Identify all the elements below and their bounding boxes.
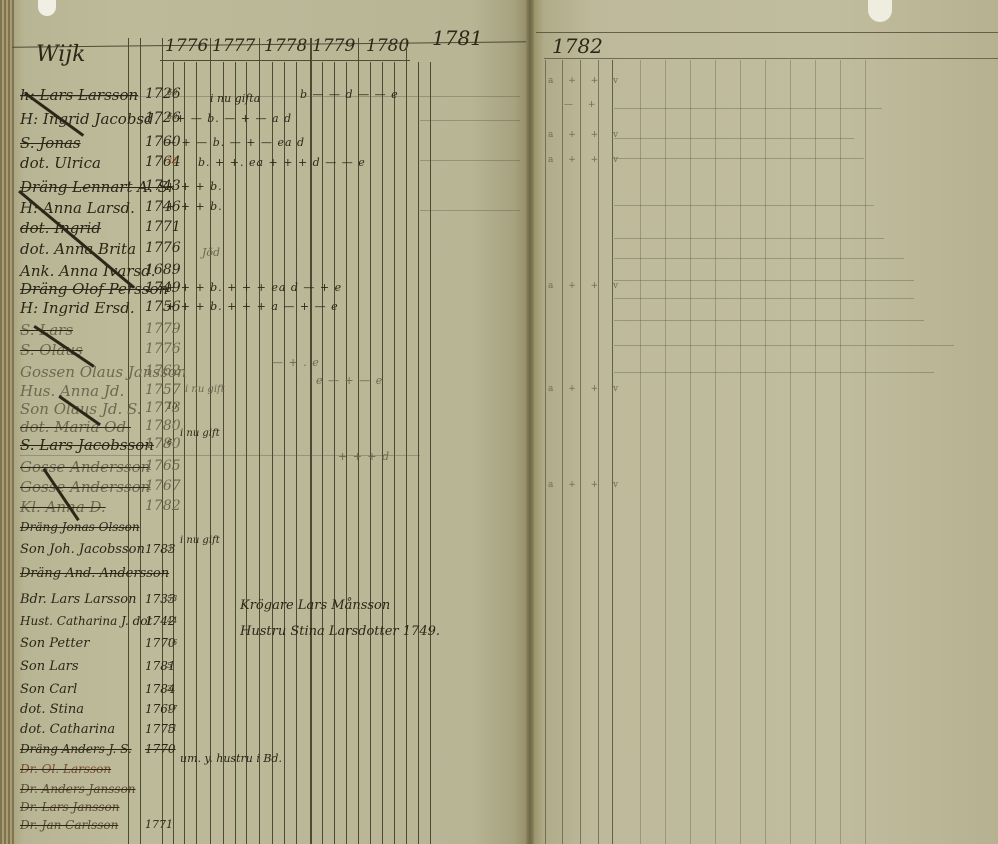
page-heading: Wijk — [36, 42, 85, 67]
birth-year: 1780 — [145, 418, 181, 434]
pencil-mark: a + + v — [548, 130, 624, 140]
register-spread: Wijk 1776 1777 1778 1779 1780 1781 — [0, 0, 998, 844]
pencil-mark: a + + v — [548, 480, 624, 490]
right-page: 1782 a + + v — + a + + v a + + v a + + v… — [530, 0, 998, 844]
entry-name: S. Lars Jacobsson — [20, 436, 154, 454]
age: 60 — [167, 88, 177, 97]
year-subheader-rule — [160, 60, 410, 61]
entry-name: S. Jonas — [20, 134, 81, 152]
examination-marks: + + + b. + + + ea d — + e — [166, 281, 342, 294]
entry-name: Dräng Jonas Olsson — [20, 520, 140, 534]
entry-name: Son Joh. Jacobsson — [20, 542, 145, 557]
birth-year: 1767 — [145, 478, 181, 494]
entry-name: dot. Catharina — [20, 722, 115, 737]
birth-year: 1689 — [145, 262, 181, 278]
marginal-note: i nu gift — [185, 384, 225, 395]
entry-name: dot. Ulrica — [20, 154, 101, 172]
entry-name: Son Carl — [20, 682, 77, 697]
age: 10 — [167, 402, 177, 411]
age: 11 — [167, 724, 177, 733]
examination-marks: e — + — e — [316, 374, 383, 387]
page-edge — [0, 0, 14, 844]
year-header-1779: 1779 — [312, 36, 355, 56]
marginal-note: i nu gift — [180, 535, 220, 546]
entry-name: Ank. Anna Ivarsd. — [20, 262, 156, 280]
pencil-mark: a + + v — [548, 281, 624, 291]
birth-year: 1782 — [145, 498, 181, 514]
paper-tab — [38, 0, 56, 16]
pencil-mark: — + — [564, 100, 601, 110]
birth-year: 1770 — [145, 742, 176, 756]
year-header-1777: 1777 — [212, 36, 255, 56]
entry-name: Gosse Andersson — [20, 478, 150, 496]
age: 3 — [167, 544, 172, 553]
year-header-1776: 1776 — [165, 36, 208, 56]
year-header-1780: 1780 — [366, 36, 409, 56]
paper-tab — [868, 0, 892, 22]
year-header-1781: 1781 — [432, 26, 483, 50]
pencil-mark: a + + v — [548, 384, 624, 394]
examination-marks: + + + b. — [166, 180, 223, 193]
entry-name: Dr. Lars Jansson — [20, 800, 119, 814]
age: 3 — [167, 684, 172, 693]
entry-name: dot. Maria Od. — [20, 418, 131, 436]
entry-name: Dr. Ol. Larsson — [20, 762, 111, 776]
entry-name: Son Lars — [20, 659, 79, 674]
marginal-note: Hustru Stina Larsdotter 1749. — [240, 624, 440, 639]
marginal-note: i nu gifta — [210, 92, 260, 105]
birth-year: 1757 — [145, 382, 181, 398]
birth-year: 1780 — [145, 436, 181, 452]
year-header-1778: 1778 — [264, 36, 307, 56]
entry-name: Hus. Anna Jd. — [20, 382, 124, 400]
entry-name: Dr. Anders Jansson — [20, 782, 136, 796]
marginal-note: um. y. hustru i Bd. — [180, 752, 282, 765]
birth-year: 1762 — [145, 363, 181, 379]
entry-name: Son Petter — [20, 636, 89, 651]
age: 53 — [167, 594, 177, 603]
entry-name: H: Ingrid Ersd. — [20, 299, 135, 317]
book-gutter — [526, 0, 534, 844]
header-rule — [536, 32, 998, 33]
age: 17 — [167, 704, 177, 713]
birth-year: 1771 — [145, 219, 181, 235]
marginal-note: i nu gift — [180, 428, 220, 439]
age: 16 — [167, 638, 177, 647]
marginal-note: Jöd — [202, 246, 220, 259]
examination-marks: b. + +. ea + + + d — — e — [198, 156, 366, 169]
examination-marks: b — — d — — e — [300, 88, 399, 101]
entry-name: Bdr. Lars Larsson — [20, 592, 136, 607]
header-rule — [544, 58, 998, 59]
birth-year: 1776 — [145, 341, 181, 357]
entry-name: Dr. Jan Carlsson — [20, 818, 118, 832]
age: 22 — [167, 156, 177, 165]
pencil-mark: a + + v — [548, 155, 624, 165]
entry-name: Dräng Anders J. S. — [20, 742, 132, 756]
birth-year: 1776 — [145, 240, 181, 256]
left-page: Wijk 1776 1777 1778 1779 1780 1781 — [0, 0, 530, 844]
examination-marks: + + + d — [338, 450, 390, 463]
pencil-mark: a + + v — [548, 76, 624, 86]
entry-name: Hust. Catharina J. dot. — [20, 614, 156, 628]
examination-marks: + + + b. + + + a — + — e — [166, 300, 339, 313]
examination-marks: — + . e — [272, 356, 320, 369]
year-header-1782: 1782 — [552, 34, 603, 58]
examination-marks: + + + b. — [166, 200, 223, 213]
entry-name: dot. Stina — [20, 702, 84, 717]
examination-marks: — + — b. — + — ea d — [165, 136, 305, 149]
age: 44 — [167, 616, 177, 625]
entry-name: H: Ingrid Jacobsd. — [20, 110, 159, 128]
examination-marks: + — b. — + — a d — [176, 112, 292, 125]
entry-name: Gosse Andersson — [20, 458, 150, 476]
birth-year: 1779 — [145, 321, 181, 337]
entry-name: Dräng And. Andersson — [20, 566, 169, 581]
age: 5 — [167, 661, 172, 670]
birth-year: 1771 — [145, 818, 173, 831]
birth-year: 1765 — [145, 458, 181, 474]
marginal-note: Krögare Lars Månsson — [240, 598, 390, 613]
age: 6 — [167, 438, 172, 447]
